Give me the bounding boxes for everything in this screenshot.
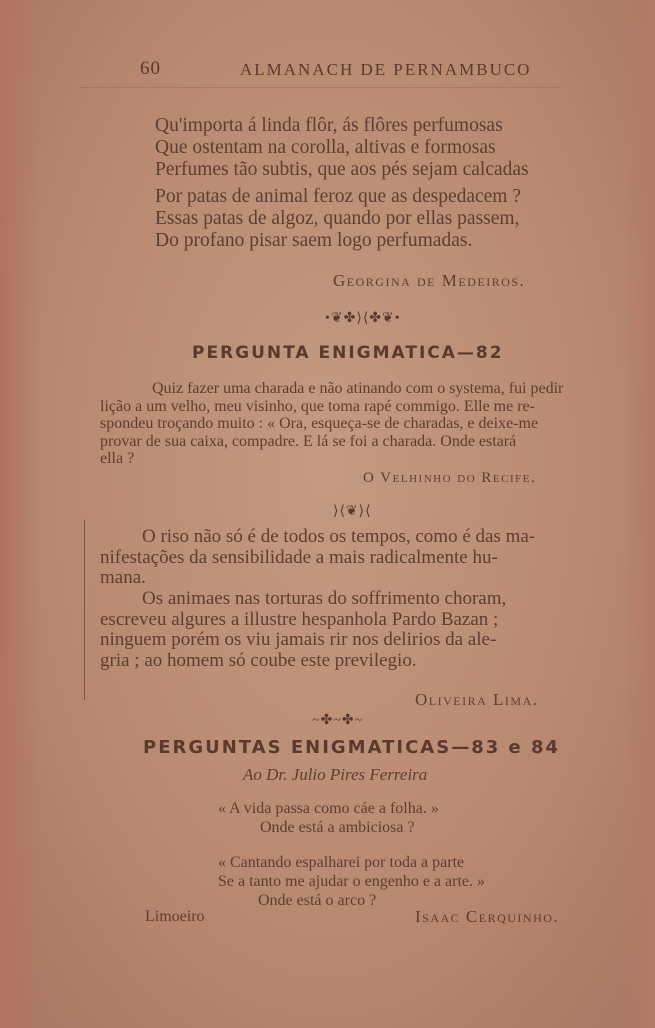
header-rule <box>80 87 560 88</box>
poem-author: Georgina de Medeiros. <box>333 271 525 291</box>
essay-paragraph-1: O riso não só é de todos os tempos, como… <box>100 527 598 589</box>
verse-line: Do profano pisar saem logo perfumadas. <box>155 230 521 252</box>
poem-stanza-1: Qu'importa á linda flôr, ás flôres perfu… <box>155 115 529 181</box>
prose-line: provar de sua caixa, compadre. E lá se f… <box>100 433 598 451</box>
prose-line: Quiz fazer uma charada e não atinando co… <box>100 380 598 398</box>
riddle-quote: Se a tanto me ajudar o engenho e a arte.… <box>218 872 485 891</box>
essay-author: Oliveira Lima. <box>415 690 538 710</box>
riddle-quote: « Cantando espalharei por toda a parte <box>218 853 485 872</box>
verse-line: Por patas de animal feroz que as despeda… <box>155 186 521 208</box>
running-title: ALMANACH DE PERNAMBUCO <box>240 60 531 80</box>
verse-line: Perfumes tão subtis, que aos pés sejam c… <box>155 159 529 181</box>
section-82-author: O Velhinho do Recife. <box>363 470 536 487</box>
page-number: 60 <box>140 58 161 80</box>
place-name: Limoeiro <box>145 907 205 926</box>
prose-line: escreveu algures a illustre hespanhola P… <box>100 610 598 631</box>
ornament-divider-icon: ~✤~✤~ <box>312 712 363 729</box>
poem-stanza-2: Por patas de animal feroz que as despeda… <box>155 186 521 252</box>
section-title-83-84: PERGUNTAS ENIGMATICAS—83 e 84 <box>143 737 560 758</box>
verse-line: Essas patas de algoz, quando por ellas p… <box>155 208 521 230</box>
ornament-divider-icon: •❦✤⟩⟨✤❦• <box>325 310 401 327</box>
essay-paragraph-2: Os animaes nas torturas do soffrimento c… <box>100 589 598 671</box>
prose-line: O riso não só é de todos os tempos, como… <box>100 527 598 548</box>
prose-line: nifestações da sensibilidade a mais radi… <box>100 548 598 569</box>
prose-line: gria ; ao homem só coube este previlegio… <box>100 651 598 672</box>
riddle-84: « Cantando espalharei por toda a parte S… <box>218 853 485 910</box>
prose-line: lição a um velho, meu visinho, que toma … <box>100 398 598 416</box>
dedication: Ao Dr. Julio Pires Ferreira <box>243 765 427 785</box>
riddle-quote: « A vida passa como cáe a folha. » <box>218 799 439 818</box>
section-title-82: PERGUNTA ENIGMATICA—82 <box>192 343 504 363</box>
ornament-divider-icon: ⟩⟨❦⟩⟨ <box>333 503 372 520</box>
verse-line: Que ostentam na corolla, altivas e formo… <box>155 137 529 159</box>
book-page: 60 ALMANACH DE PERNAMBUCO Qu'importa á l… <box>0 0 655 1028</box>
prose-line: ninguem porém os viu jamais rir nos deli… <box>100 630 598 651</box>
prose-line: spondeu troçando muito : « Ora, esqueça-… <box>100 415 598 433</box>
section-83-author: Isaac Cerquinho. <box>415 907 559 927</box>
verse-line: Qu'importa á linda flôr, ás flôres perfu… <box>155 115 529 137</box>
prose-line: mana. <box>100 568 598 589</box>
prose-line: ella ? <box>100 450 598 468</box>
riddle-question: Onde está a ambiciosa ? <box>218 818 439 837</box>
riddle-83: « A vida passa como cáe a folha. » Onde … <box>218 799 439 837</box>
margin-pencil-mark <box>84 520 95 700</box>
prose-line: Os animaes nas torturas do soffrimento c… <box>100 589 598 610</box>
section-82-text: Quiz fazer uma charada e não atinando co… <box>100 380 598 468</box>
